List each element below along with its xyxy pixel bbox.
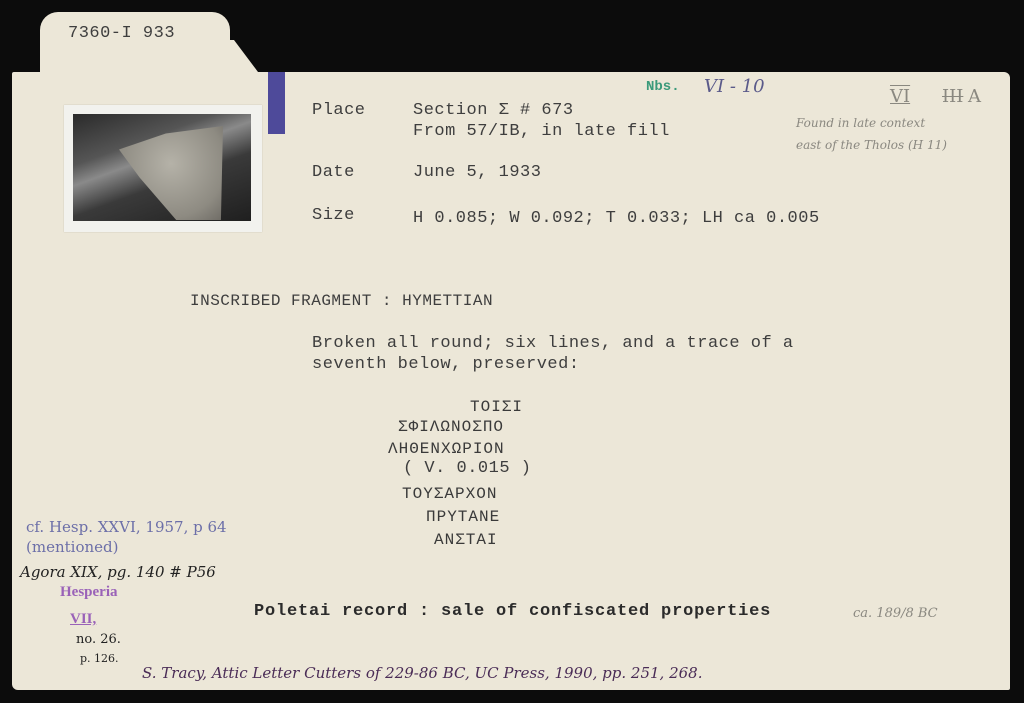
inscription-line5: ΤΟΥΣΑΡΧΟΝ — [402, 485, 497, 503]
ref-hesperia-mentioned: (mentioned) — [26, 538, 118, 556]
ref-agora: Agora XIX, pg. 140 # P56 — [20, 563, 216, 581]
inscription-line3: ΛΗΘΕΝΧΩΡΙΟΝ — [388, 440, 505, 458]
inscription-line6: ΠΡΥΤΑΝΕ — [426, 508, 500, 526]
size-value: H 0.085; W 0.092; T 0.033; LH ca 0.005 — [413, 209, 820, 228]
inscription-line7: ΑΝΣΤΑΙ — [434, 531, 498, 549]
ref-hesperia-1957: cf. Hesp. XXVI, 1957, p 64 — [26, 518, 227, 536]
ref-volume: VII, — [70, 611, 96, 628]
size-label: Size — [312, 206, 355, 225]
date-label: Date — [312, 163, 355, 182]
tab-label: 7360-I 933 — [68, 24, 175, 43]
date-value: June 5, 1933 — [413, 163, 541, 182]
class-mark-primary: VI — [890, 86, 910, 107]
place-label: Place — [312, 101, 366, 120]
class-mark-suffix: A — [968, 86, 981, 107]
ref-page: p. 126. — [80, 652, 119, 665]
inscription-vacat: ( V. 0.015 ) — [403, 459, 531, 478]
class-mark-struck: III — [942, 86, 963, 107]
inscription-line2: ΣΦΙΛΩΝΟΣΠΟ — [398, 418, 504, 436]
place-line1: Section Σ # 673 — [413, 101, 574, 120]
photo-frame — [64, 105, 262, 232]
ref-number: no. 26. — [76, 632, 121, 647]
pencil-note-line2: east of the Tholos (H 11) — [796, 138, 947, 152]
ref-tracy: S. Tracy, Attic Letter Cutters of 229-86… — [142, 664, 702, 682]
date-note: ca. 189/8 BC — [853, 606, 938, 621]
notebook-ref: VI - 10 — [704, 76, 765, 97]
stone-fragment-icon — [119, 126, 223, 220]
fragment-photo — [73, 114, 251, 221]
summary: Poletai record : sale of confiscated pro… — [254, 602, 771, 621]
heading: INSCRIBED FRAGMENT : HYMETTIAN — [190, 292, 493, 310]
place-line2: From 57/IB, in late fill — [413, 122, 670, 141]
pencil-note-line1: Found in late context — [796, 116, 925, 130]
blue-tab-marker — [268, 72, 285, 134]
description-line2: seventh below, preserved: — [312, 355, 580, 374]
hesperia-stamp: Hesperia — [60, 584, 118, 601]
inscription-line1: ΤΟΙΣΙ — [470, 398, 523, 416]
description-line1: Broken all round; six lines, and a trace… — [312, 334, 794, 353]
notebook-stamp: Nbs. — [646, 79, 680, 95]
